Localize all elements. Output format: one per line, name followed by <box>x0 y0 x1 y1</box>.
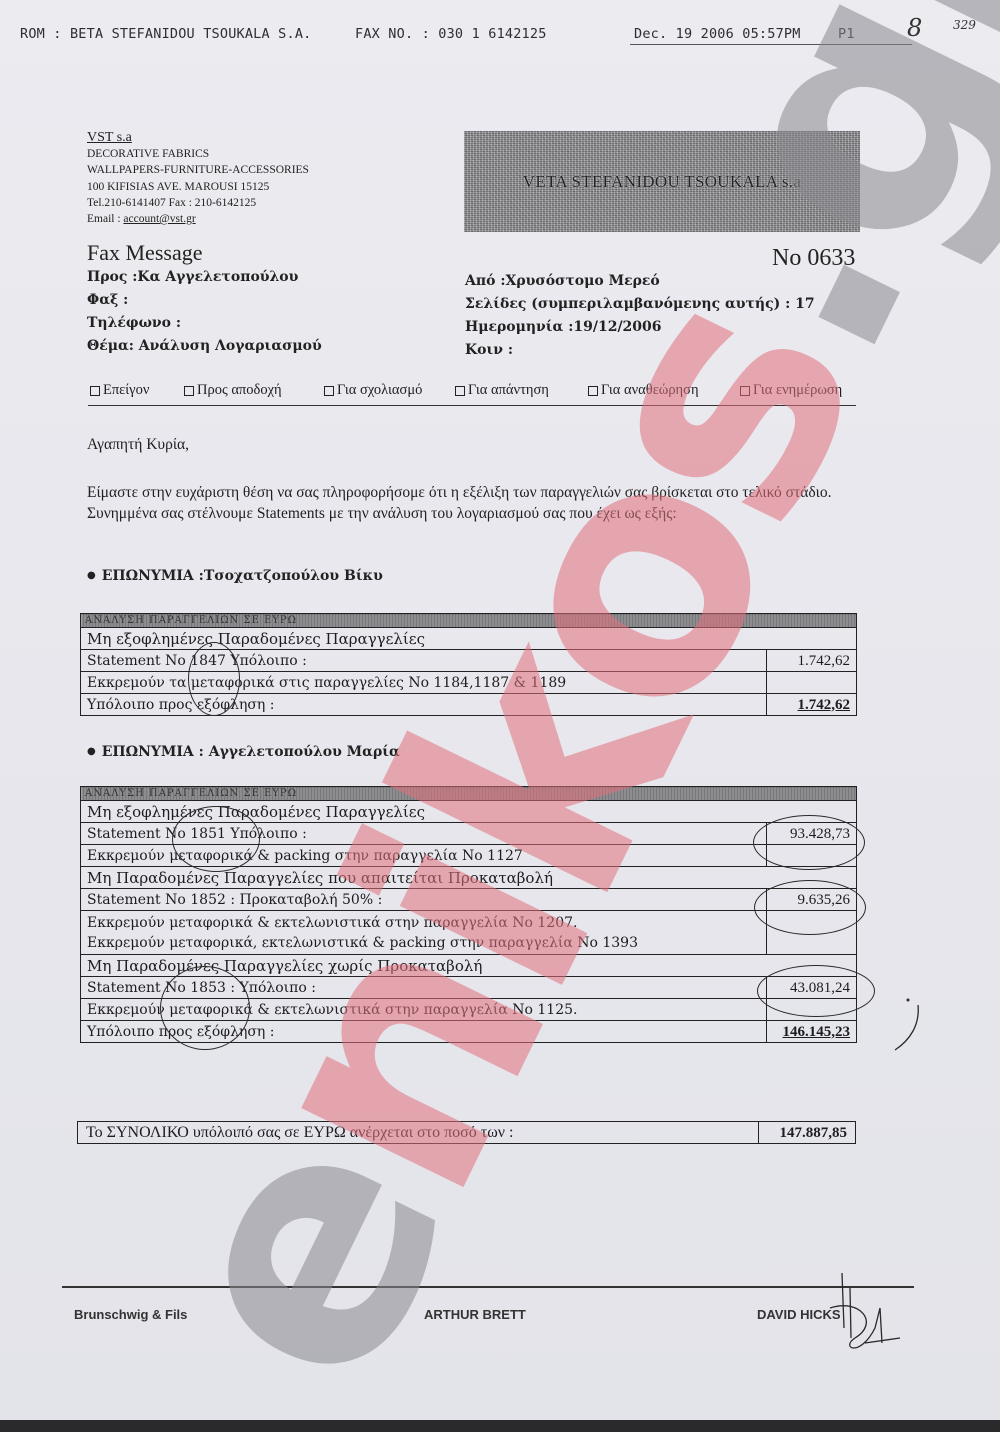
table-band-header: ΑΝΑΛΥΣΗ ΠΑΡΑΓΓΕΛΙΩΝ ΣΕ ΕΥΡΩ <box>81 787 857 801</box>
recipient-to: Προς :Κα Αγγελετοπούλου <box>87 266 322 289</box>
letterhead: VST s.a DECORATIVE FABRICS WALLPAPERS-FU… <box>87 130 309 227</box>
table-row: Statement No 1853 : Υπόλοιπο :43.081,24 <box>81 977 857 999</box>
cc: Κοιν : <box>465 339 815 362</box>
statement-table: ΑΝΑΛΥΣΗ ΠΑΡΑΓΓΕΛΙΩΝ ΣΕ ΕΥΡΩ Μη εξοφλημέν… <box>80 613 857 716</box>
fax-message-number: No 0633 <box>772 245 855 272</box>
checkbox-urgent[interactable]: Επείγον <box>90 382 149 399</box>
table-row: Εκκρεμούν τα μεταφορικά στις παραγγελίες… <box>81 672 857 694</box>
sender-from: Από :Χρυσόστομο Μερεό <box>465 270 815 293</box>
letterhead-line: DECORATIVE FABRICS <box>87 146 309 162</box>
recipient-block: Προς :Κα Αγγελετοπούλου Φαξ : Τηλέφωνο :… <box>87 266 322 358</box>
letterhead-phone: Tel.210-6141407 Fax : 210-6142125 <box>87 195 309 211</box>
table-section-heading: Μη Παραδομένες Παραγγελίες χωρίς Προκατα… <box>81 955 857 977</box>
letter-paragraph: Είμαστε στην ευχάριστη θέση να σας πληρο… <box>87 482 862 524</box>
letterhead-email: Email : account@vst.gr <box>87 211 309 227</box>
greeting: Αγαπητή Κυρία, <box>87 434 189 455</box>
scan-edge <box>0 1420 1000 1432</box>
amount-cell: 93.428,73 <box>767 823 857 845</box>
fax-page: ROM : BETA STEFANIDOU TSOUKALA S.A. FAX … <box>0 0 1000 1420</box>
checkbox-icon[interactable] <box>455 386 465 396</box>
fax-title: Fax Message <box>87 240 202 266</box>
stamp-text: VETA STEFANIDOU TSOUKALA s.a <box>523 172 801 192</box>
sender-block: Από :Χρυσόστομο Μερεό Σελίδες (συμπεριλα… <box>465 270 815 362</box>
letterhead-line: WALLPAPERS-FURNITURE-ACCESSORIES <box>87 162 309 178</box>
footer-brand-left: Brunschwig & Fils <box>74 1307 187 1322</box>
fax-date: Ημερομηνία :19/12/2006 <box>465 316 815 339</box>
subject: Θέμα: Ανάλυση Λογαριασμού <box>87 335 322 358</box>
account-entity: ●ΕΠΩΝΥΜΙΑ :Τσοχατζοπούλου Βίκυ <box>87 568 383 584</box>
bullet-icon: ● <box>87 570 96 581</box>
table-row-total: Υπόλοιπο προς εξόφληση :1.742,62 <box>81 694 857 716</box>
amount-cell: 9.635,26 <box>767 889 857 911</box>
recipient-fax: Φαξ : <box>87 289 322 312</box>
grand-total-table: Το ΣΥΝΟΛΙΚΟ υπόλοιπό σας σε ΕΥΡΩ ανέρχετ… <box>77 1121 856 1144</box>
table-section-heading: Μη Παραδομένες Παραγγελίες που απαιτείτα… <box>81 867 857 889</box>
email-link[interactable]: account@vst.gr <box>123 213 195 225</box>
table-section-heading: Μη εξοφλημένες Παραδομένες Παραγγελίες <box>81 801 857 823</box>
table-row: Εκκρεμούν μεταφορικά & packing στην παρα… <box>81 845 857 867</box>
table-row: Εκκρεμούν μεταφορικά & εκτελωνιστικά στη… <box>81 911 857 955</box>
footer-brand-center: ARTHUR BRETT <box>424 1307 526 1322</box>
table-row: Statement No 1847 Υπόλοιπο :1.742,62 <box>81 650 857 672</box>
checkbox-for-comment[interactable]: Για σχολιασμό <box>324 382 422 399</box>
table-band-header: ΑΝΑΛΥΣΗ ΠΑΡΑΓΓΕΛΙΩΝ ΣΕ ΕΥΡΩ <box>81 614 857 628</box>
checkbox-for-review[interactable]: Για αναθεώρηση <box>588 382 699 399</box>
account-entity: ●ΕΠΩΝΥΜΙΑ : Αγγελετοπούλου Μαρία <box>87 744 400 760</box>
balance-due: 146.145,23 <box>767 1021 857 1043</box>
handwritten-page-number: 329 <box>953 18 976 32</box>
checkbox-for-information[interactable]: Για ενημέρωση <box>740 382 842 399</box>
table-row-total: Υπόλοιπο προς εξόφληση :146.145,23 <box>81 1021 857 1043</box>
amount-cell <box>767 999 857 1021</box>
bullet-icon: ● <box>87 746 96 757</box>
checkbox-for-approval[interactable]: Προς αποδοχή <box>184 382 282 399</box>
letterhead-address: 100 KIFISIAS AVE. MAROUSI 15125 <box>87 179 309 195</box>
handwritten-mark: 8 <box>907 14 922 42</box>
checkbox-icon[interactable] <box>740 386 750 396</box>
signature-icon <box>820 1268 910 1363</box>
company-stamp: VETA STEFANIDOU TSOUKALA s.a <box>464 131 860 232</box>
priority-checkbox-row: Επείγον Προς αποδοχή Για σχολιασμό Για α… <box>88 382 856 406</box>
page-count: Σελίδες (συμπεριλαμβανόμενης αυτής) : 17 <box>465 293 815 316</box>
checkbox-icon[interactable] <box>588 386 598 396</box>
amount-cell <box>767 911 857 955</box>
checkbox-for-reply[interactable]: Για απάντηση <box>455 382 549 399</box>
company-name: VST s.a <box>87 130 309 146</box>
grand-total-label: Το ΣΥΝΟΛΙΚΟ υπόλοιπό σας σε ΕΥΡΩ ανέρχετ… <box>78 1122 759 1144</box>
statement-table: ΑΝΑΛΥΣΗ ΠΑΡΑΓΓΕΛΙΩΝ ΣΕ ΕΥΡΩ Μη εξοφλημέν… <box>80 786 857 1043</box>
recipient-phone: Τηλέφωνο : <box>87 312 322 335</box>
balance-due: 1.742,62 <box>767 694 857 716</box>
handwritten-mark-icon <box>890 995 930 1055</box>
amount-cell: 1.742,62 <box>767 650 857 672</box>
fax-number: FAX NO. : 030 1 6142125 <box>355 26 547 42</box>
fax-page: P1 <box>838 26 855 42</box>
table-row: Εκκρεμούν μεταφορικά & εκτελωνιστικά στη… <box>81 999 857 1021</box>
checkbox-icon[interactable] <box>184 386 194 396</box>
table-row: Statement No 1851 Υπόλοιπο :93.428,73 <box>81 823 857 845</box>
footer-divider <box>62 1286 914 1288</box>
table-section-heading: Μη εξοφλημένες Παραδομένες Παραγγελίες <box>81 628 857 650</box>
fax-transmission-header: ROM : BETA STEFANIDOU TSOUKALA S.A. FAX … <box>20 26 53 122</box>
grand-total-amount: 147.887,85 <box>759 1122 856 1144</box>
checkbox-icon[interactable] <box>90 386 100 396</box>
table-row: Statement No 1852 : Προκαταβολή 50% :9.6… <box>81 889 857 911</box>
amount-cell <box>767 845 857 867</box>
fax-from: ROM : BETA STEFANIDOU TSOUKALA S.A. <box>20 26 311 42</box>
amount-cell: 43.081,24 <box>767 977 857 999</box>
amount-cell <box>767 672 857 694</box>
fax-header-underline <box>630 44 912 45</box>
fax-datetime: Dec. 19 2006 05:57PM <box>634 26 801 42</box>
checkbox-icon[interactable] <box>324 386 334 396</box>
